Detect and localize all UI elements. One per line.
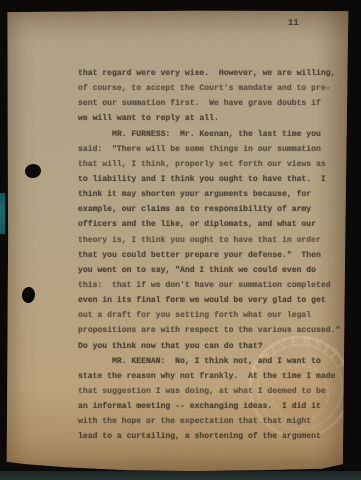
scanner-bed-bottom-strip: [0, 471, 361, 480]
transcript-line: even in its final form we would be very …: [78, 293, 346, 308]
transcript-line: MR. KEENAN: No, I think not, and I want …: [78, 354, 346, 369]
document-page: 11 UNIVERSITY that regard were very wise…: [5, 10, 349, 471]
transcript-line: sent our summation first. We have grave …: [78, 96, 346, 111]
scanned-document-view: 11 UNIVERSITY that regard were very wise…: [0, 0, 361, 480]
transcript-line: think it may shorten your arguments beca…: [78, 187, 346, 202]
transcript-line: lead to a curtailing, a shortening of th…: [78, 429, 346, 444]
transcript-line: example, our claims as to responsibility…: [78, 202, 346, 217]
page-number: 11: [288, 18, 299, 28]
transcript-line: state the reason why not frankly. At the…: [78, 369, 346, 384]
transcript-line: theory is, I think you ought to have tha…: [78, 233, 346, 248]
transcript: that regard were very wise. However, we …: [78, 66, 346, 445]
transcript-line: that suggestion I was doing, at what I d…: [78, 384, 346, 399]
transcript-line: propositions are with respect to the var…: [78, 323, 346, 338]
transcript-line: that regard were very wise. However, we …: [78, 66, 346, 81]
transcript-line: out a draft for you setting forth what o…: [78, 308, 346, 323]
transcript-line: of course, to accept the Court's mandate…: [78, 81, 346, 96]
transcript-line: an informal meeting -- exchanging ideas.…: [78, 399, 346, 414]
transcript-line: officers and the like, or diplomats, and…: [78, 217, 346, 232]
transcript-line: that you could better prepare your defen…: [78, 248, 346, 263]
transcript-line: said: "There will be some things in our …: [78, 142, 346, 157]
scanner-bed-teal-strip: [0, 193, 5, 234]
transcript-line: we will want to reply at all.: [78, 111, 346, 126]
transcript-line: with the hope or the expectation that th…: [78, 414, 346, 429]
transcript-line: this: that if we don't have our summatio…: [78, 278, 346, 293]
transcript-line: you went on to say, "And I think we coul…: [78, 263, 346, 278]
transcript-line: Do you think now that you can do that?: [78, 339, 346, 354]
transcript-line: MR. FURNESS: Mr. Keenan, the last time y…: [78, 127, 346, 142]
transcript-line: that will, I think, properly set forth o…: [78, 157, 346, 172]
transcript-line: to liability and I think you ought to ha…: [78, 172, 346, 187]
